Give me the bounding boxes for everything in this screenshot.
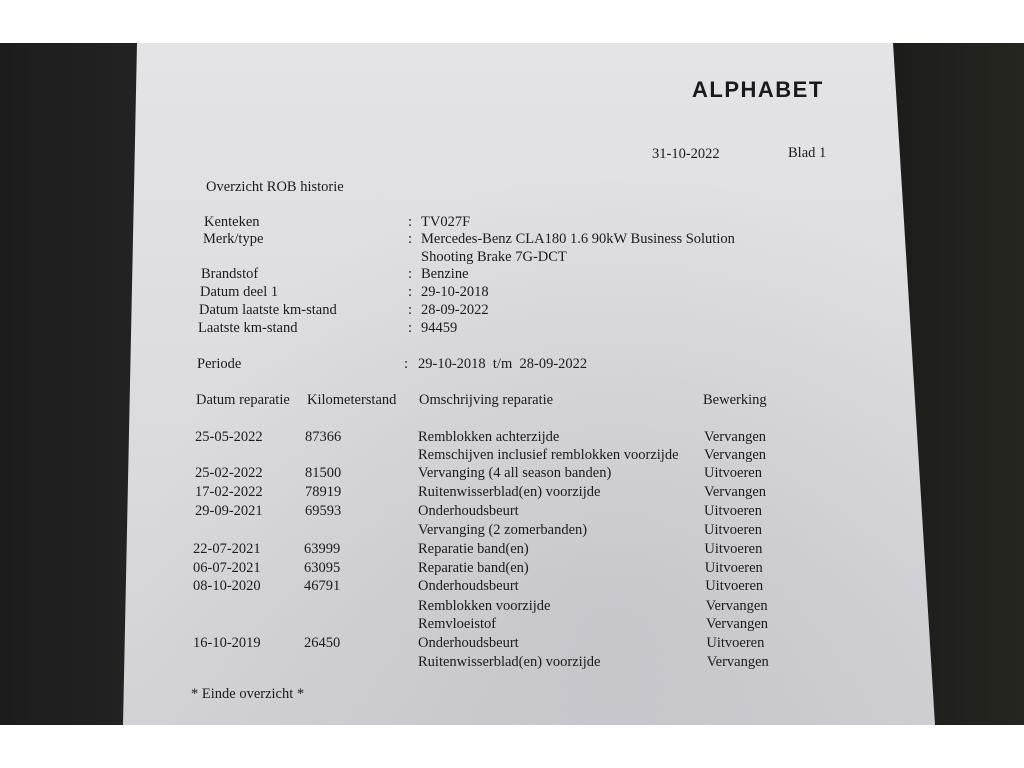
- row-description: Remschijven inclusief remblokken voorzij…: [418, 448, 679, 463]
- row-kilometers: 26450: [304, 636, 340, 651]
- document-title: Overzicht ROB historie: [206, 180, 344, 195]
- photo-background: [0, 43, 1024, 725]
- bottom-border: [0, 725, 1024, 768]
- row-description: Reparatie band(en): [418, 561, 529, 576]
- row-action: Vervangen: [706, 617, 768, 632]
- row-date: 25-02-2022: [195, 466, 263, 481]
- row-action: Uitvoeren: [705, 561, 763, 576]
- row-date: 06-07-2021: [193, 561, 261, 576]
- row-description: Remblokken achterzijde: [418, 430, 559, 445]
- row-action: Vervangen: [704, 430, 766, 445]
- period-label: Periode: [197, 357, 241, 372]
- vehicle-field-label: Laatste km-stand: [198, 321, 297, 336]
- vehicle-field-value: 94459: [421, 321, 457, 336]
- row-kilometers: 78919: [305, 485, 341, 500]
- field-separator: :: [408, 321, 412, 336]
- row-description: Vervanging (2 zomerbanden): [418, 523, 587, 538]
- row-action: Vervangen: [706, 599, 768, 614]
- row-description: Onderhoudsbeurt: [418, 636, 519, 651]
- row-date: 08-10-2020: [193, 579, 261, 594]
- column-header: Datum reparatie: [196, 393, 290, 408]
- row-description: Ruitenwisserblad(en) voorzijde: [418, 655, 600, 670]
- row-action: Uitvoeren: [704, 542, 762, 557]
- vehicle-field-value: TV027F: [421, 215, 470, 230]
- row-kilometers: 63095: [304, 561, 340, 576]
- row-description: Onderhoudsbeurt: [418, 504, 519, 519]
- row-description: Ruitenwisserblad(en) voorzijde: [418, 485, 600, 500]
- row-kilometers: 46791: [304, 579, 340, 594]
- vehicle-field-value: 29-10-2018: [421, 285, 489, 300]
- column-header: Omschrijving reparatie: [419, 393, 553, 408]
- column-header: Bewerking: [703, 393, 767, 408]
- row-description: Remvloeistof: [418, 617, 496, 632]
- row-action: Uitvoeren: [704, 466, 762, 481]
- row-action: Uitvoeren: [706, 636, 764, 651]
- end-of-overview: * Einde overzicht *: [191, 687, 304, 702]
- row-action: Vervangen: [704, 448, 766, 463]
- vehicle-field-label: Kenteken: [204, 215, 260, 230]
- field-separator: :: [408, 285, 412, 300]
- row-action: Vervangen: [707, 655, 769, 670]
- field-separator: :: [404, 357, 408, 372]
- row-action: Uitvoeren: [704, 523, 762, 538]
- vehicle-field-label: Datum laatste km-stand: [199, 303, 337, 318]
- row-kilometers: 69593: [305, 504, 341, 519]
- vehicle-field-value: Benzine: [421, 267, 469, 282]
- vehicle-field-value: Mercedes-Benz CLA180 1.6 90kW Business S…: [421, 232, 735, 247]
- row-action: Uitvoeren: [704, 504, 762, 519]
- row-date: 25-05-2022: [195, 430, 263, 445]
- document-date: 31-10-2022: [652, 147, 720, 162]
- row-date: 22-07-2021: [193, 542, 261, 557]
- top-border: [0, 0, 1024, 43]
- row-date: 17-02-2022: [195, 485, 263, 500]
- vehicle-field-label: Merk/type: [203, 232, 263, 247]
- row-action: Vervangen: [704, 485, 766, 500]
- column-header: Kilometerstand: [307, 393, 396, 408]
- row-description: Vervanging (4 all season banden): [418, 466, 611, 481]
- row-description: Remblokken voorzijde: [418, 599, 550, 614]
- field-separator: :: [408, 303, 412, 318]
- vehicle-field-value: 28-09-2022: [421, 303, 489, 318]
- vehicle-field-label: Brandstof: [201, 267, 258, 282]
- row-kilometers: 87366: [305, 430, 341, 445]
- vehicle-field-label: Datum deel 1: [200, 285, 278, 300]
- document-sheet: [0, 43, 1024, 725]
- field-separator: :: [408, 267, 412, 282]
- row-date: 16-10-2019: [193, 636, 261, 651]
- row-description: Onderhoudsbeurt: [418, 579, 519, 594]
- row-kilometers: 63999: [304, 542, 340, 557]
- row-action: Uitvoeren: [705, 579, 763, 594]
- row-kilometers: 81500: [305, 466, 341, 481]
- page-number: Blad 1: [788, 146, 826, 161]
- field-separator: :: [408, 232, 412, 247]
- company-logo: ALPHABET: [692, 77, 824, 103]
- field-separator: :: [408, 215, 412, 230]
- row-date: 29-09-2021: [195, 504, 263, 519]
- period-value: 29-10-2018 t/m 28-09-2022: [418, 357, 587, 372]
- vehicle-field-value-continued: Shooting Brake 7G-DCT: [421, 250, 567, 265]
- row-description: Reparatie band(en): [418, 542, 529, 557]
